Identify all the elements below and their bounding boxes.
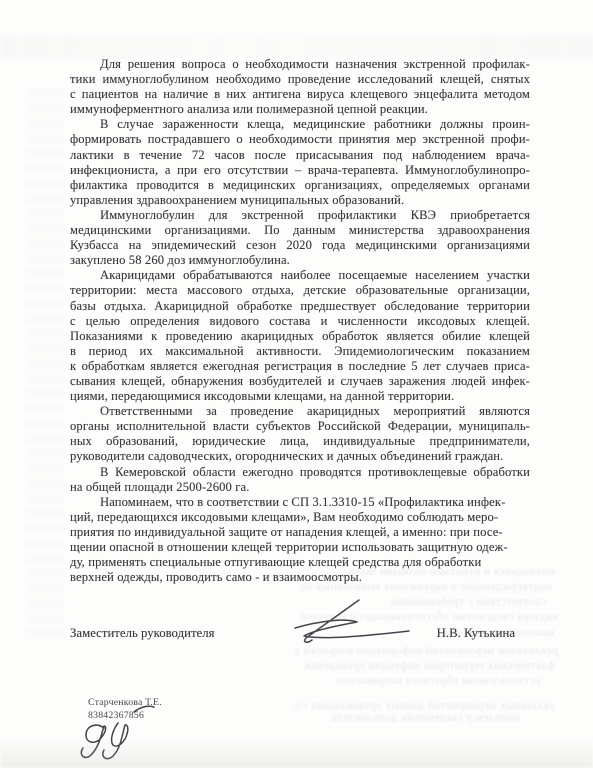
text-line: Для решения вопроса о необходимости назн… xyxy=(70,57,530,72)
text-line: ных образований, юридические лица, индив… xyxy=(70,434,530,449)
text-line: руководители садоводческих, огородническ… xyxy=(70,449,530,464)
paragraph: Акарицидами обрабатываются наиболее посе… xyxy=(70,268,530,404)
scanned-letter-page: имеющихся и пунктами полными былиподтвер… xyxy=(0,0,593,768)
text-line: иммуноферментного анализа или полимеразн… xyxy=(70,102,530,117)
text-line: к обработкам является ежегодная регистра… xyxy=(70,359,530,374)
text-line: Ответственными за проведение акарицидных… xyxy=(70,404,530,419)
text-line: Показаниями к проведению акарицидных обр… xyxy=(70,329,530,344)
text-line: на общей площади 2500-2600 га. xyxy=(70,480,530,495)
paragraph: Иммуноглобулин для экстренной профилакти… xyxy=(70,208,530,268)
handwritten-signature xyxy=(283,596,415,648)
text-line: в период их максимальной активности. Эпи… xyxy=(70,344,530,359)
bleed-through-text: фактических территории инфекции проведен… xyxy=(305,660,555,672)
scan-shadow-bottom xyxy=(0,738,593,768)
bleed-through-text: указанных мероприятий данных организация… xyxy=(295,700,555,712)
text-line: формировать пострадавшего о необходимост… xyxy=(70,132,530,147)
text-line: филактика проводится в медицинских орган… xyxy=(70,178,530,193)
paragraph: В случае зараженности клеща, медицинские… xyxy=(70,117,530,208)
text-line: В случае зараженности клеща, медицинские… xyxy=(70,117,530,132)
text-line: тики иммуноглобулином необходимо проведе… xyxy=(70,72,530,87)
text-line: медицинскими организациями. По данным ми… xyxy=(70,223,530,238)
text-line: органы исполнительной власти субъектов Р… xyxy=(70,419,530,434)
text-line: инфекциониста, а при его отсутствии – вр… xyxy=(70,163,530,178)
bleed-through-left-margin xyxy=(26,90,64,640)
bleed-through-text: установленном обратного направленного xyxy=(335,675,541,687)
text-line: приятия по индивидуальной защите от напа… xyxy=(70,525,530,540)
paragraph: В Кемеровской области ежегодно проводятс… xyxy=(70,465,530,495)
text-line: верхней одежды, проводить само - и взаим… xyxy=(70,570,530,585)
text-line: территории: места массового отдыха, детс… xyxy=(70,283,530,298)
paragraph: Ответственными за проведение акарицидных… xyxy=(70,404,530,464)
paragraph: Напоминаем, что в соответствии с СП 3.1.… xyxy=(70,495,530,586)
text-line: Кузбасса на эпидемический сезон 2020 год… xyxy=(70,238,530,253)
text-line: В Кемеровской области ежегодно проводятс… xyxy=(70,465,530,480)
text-line: с пациентов на наличие в них антигена ви… xyxy=(70,87,530,102)
signer-position-label: Заместитель руководителя xyxy=(70,626,214,641)
letter-body: Для решения вопроса о необходимости назн… xyxy=(70,57,530,585)
text-line: с целью определения видового состава и ч… xyxy=(70,314,530,329)
text-line: Напоминаем, что в соответствии с СП 3.1.… xyxy=(70,495,530,510)
text-line: сывания клещей, обнаружения возбудителей… xyxy=(70,374,530,389)
text-line: управления здравоохранением муниципальны… xyxy=(70,193,530,208)
text-line: лактики в течение 72 часов после присасы… xyxy=(70,148,530,163)
signer-name: Н.В. Кутькина xyxy=(437,626,530,641)
text-line: ций, передающихся иксодовыми клещами», В… xyxy=(70,510,530,525)
bleed-through-text: комплексу сведениями дополнительно xyxy=(330,712,520,724)
paragraph: Для решения вопроса о необходимости назн… xyxy=(70,57,530,117)
text-line: щении опасной в отношении клещей террито… xyxy=(70,540,530,555)
text-line: циями, передающимися иксодовыми клещами,… xyxy=(70,389,530,404)
scan-noise-band xyxy=(0,36,593,58)
text-line: закуплено 58 260 доз иммуноглобулина. xyxy=(70,253,530,268)
text-line: Иммуноглобулин для экстренной профилакти… xyxy=(70,208,530,223)
text-line: Акарицидами обрабатываются наиболее посе… xyxy=(70,268,530,283)
text-line: ду, применять специальные отпугивающие к… xyxy=(70,555,530,570)
text-line: базы отдыха. Акарицидной обработке предш… xyxy=(70,299,530,314)
